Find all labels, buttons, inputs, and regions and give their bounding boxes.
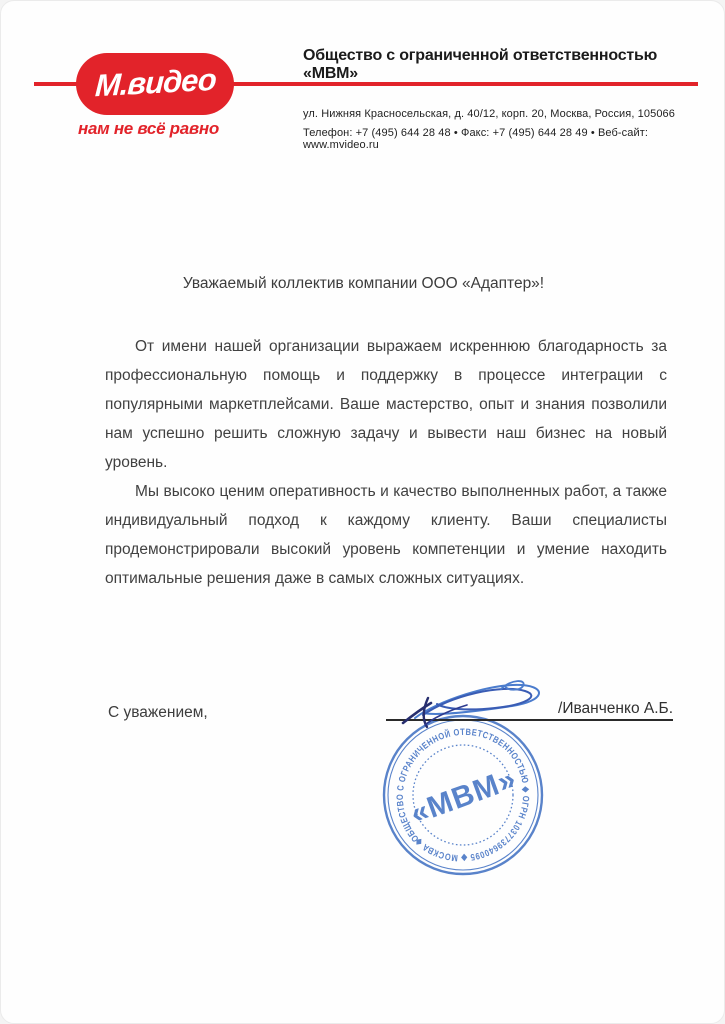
mvideo-logo-text: М.видео — [94, 61, 217, 106]
signee-name: /Иванченко А.Б. — [473, 700, 673, 718]
mvideo-logo: М.видео — [76, 53, 234, 115]
company-contacts: Телефон: +7 (495) 644 28 48 • Факс: +7 (… — [303, 127, 703, 151]
company-address: ул. Нижняя Красносельская, д. 40/12, кор… — [303, 108, 703, 120]
letter-greeting: Уважаемый коллектив компании ООО «Адапте… — [1, 275, 725, 293]
letter-paragraph: Мы высоко ценим оперативность и качество… — [105, 477, 667, 593]
letter-body: От имени нашей организации выражаем искр… — [105, 332, 667, 593]
mvideo-slogan: нам не всё равно — [78, 119, 238, 139]
company-name: Общество с ограниченной ответственностью… — [303, 47, 673, 83]
letter-page: М.видео нам не всё равно Общество с огра… — [0, 0, 725, 1024]
letter-paragraph: От имени нашей организации выражаем искр… — [105, 332, 667, 477]
company-round-stamp: ОБЩЕСТВО С ОГРАНИЧЕННОЙ ОТВЕТСТВЕННОСТЬЮ… — [379, 711, 547, 879]
letter-closing: С уважением, — [108, 704, 208, 722]
stamp-center-text: «МВМ» — [406, 762, 521, 831]
